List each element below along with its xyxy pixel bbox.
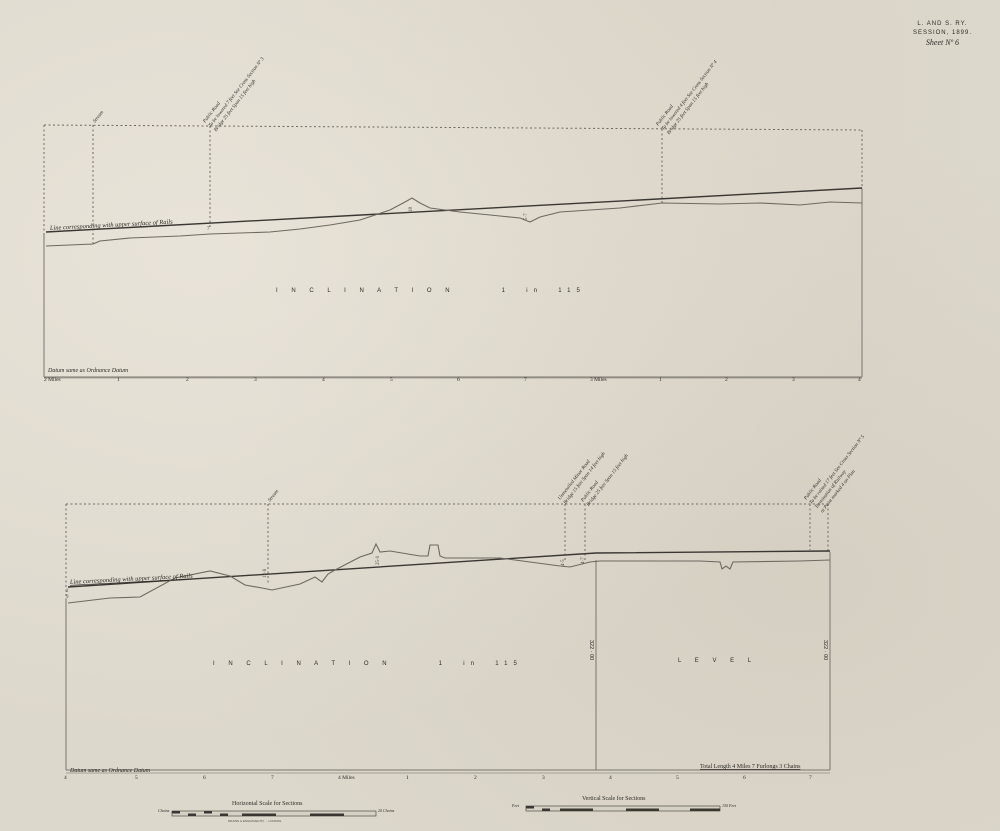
engraver-imprint: DRAWN & ENGRAVED BY ... LONDON	[228, 819, 281, 823]
vertical-scale-left-unit: Feet	[511, 803, 520, 808]
upper-section: · 7 18 5·7 Line corresponding with upper…	[44, 52, 862, 383]
upper-tick: 2 Miles	[44, 377, 61, 383]
sheet-number: Sheet Nº 6	[913, 38, 972, 47]
upper-inclination-label: I N C L I N A T I O N 1 in 115	[276, 288, 586, 294]
upper-rails-label: Line corresponding with upper surface of…	[49, 219, 174, 232]
lower-inclination-label: I N C L I N A T I O N 1 in 115	[213, 661, 523, 667]
svg-text:12·6: 12·6	[263, 568, 268, 578]
company-name: L. AND S. RY.	[913, 20, 972, 29]
upper-tick: 3	[792, 377, 795, 383]
lower-tick: 2	[474, 775, 477, 781]
lower-tick: 5	[676, 775, 679, 781]
upper-tick: 5	[390, 377, 393, 383]
svg-text:4·5: 4·5	[561, 559, 566, 566]
lower-tick: 1	[406, 775, 409, 781]
svg-text:Stream: Stream	[93, 110, 106, 124]
svg-text:7: 7	[207, 227, 210, 232]
lower-scale: 4 5 6 7 4 Miles 1 2 3 4 5 6 7	[64, 773, 830, 781]
upper-tick: 1	[117, 377, 120, 383]
lower-tick: 7	[271, 775, 274, 781]
annotation-road-2: Public Road To be lowered 4 feet See Cro…	[655, 55, 724, 136]
lower-tick: 6	[203, 775, 206, 781]
upper-tick: 4	[858, 377, 861, 383]
upper-tick: 1	[659, 377, 662, 383]
upper-datum-label: Datum same as Ordnance Datum	[47, 368, 129, 374]
height-label-right: 322 · 00	[822, 640, 828, 660]
lower-section: 2 9 12·6 25·0 4·5 4·7 Line corresponding…	[64, 430, 877, 781]
upper-tick: 4	[322, 377, 325, 383]
sheet-header: L. AND S. RY. SESSION, 1899. Sheet Nº 6	[913, 20, 972, 47]
horizontal-scale-right-unit: 20 Chains	[378, 808, 395, 813]
railway-section-drawing: · 7 18 5·7 Line corresponding with upper…	[0, 0, 1000, 831]
session-label: SESSION, 1899.	[913, 29, 972, 38]
svg-text:To be lowered 4 feet See Cross: To be lowered 4 feet See Cross Section N…	[660, 59, 719, 132]
upper-scale: 2 Miles 1 2 3 4 5 6 7 3 Miles 1 2 3 4	[44, 377, 862, 383]
horizontal-scale: Horizontal Scale for Sections Chains 20 …	[158, 800, 395, 823]
vertical-scale: Vertical Scale for Sections Feet 150 Fee…	[511, 795, 737, 811]
lower-tick: 6	[743, 775, 746, 781]
lower-rails-label: Line corresponding with upper surface of…	[69, 573, 194, 586]
svg-text:To be lowered 7 feet See Cros: To be lowered 7 feet See Cross Section N…	[207, 56, 266, 129]
upper-tick: 7	[524, 377, 527, 383]
height-label-left: 322 · 00	[588, 640, 594, 660]
upper-tick: 3 Miles	[590, 377, 607, 383]
svg-text:2: 2	[66, 589, 69, 594]
svg-text:4·7: 4·7	[581, 557, 586, 564]
lower-tick: 3	[542, 775, 545, 781]
vertical-scale-title: Vertical Scale for Sections	[582, 795, 646, 802]
svg-text:18: 18	[409, 207, 414, 213]
svg-text:5·7: 5·7	[524, 213, 529, 220]
annotation-stream-2: Stream	[268, 489, 281, 503]
upper-dotted-frame	[44, 125, 862, 245]
lower-tick: 7	[809, 775, 812, 781]
lower-tick: 4 Miles	[338, 775, 355, 781]
upper-tick: 6	[457, 377, 460, 383]
upper-tick: 2	[725, 377, 728, 383]
annotation-stream-1: Stream	[93, 110, 106, 124]
lower-tick: 4	[609, 775, 612, 781]
svg-text:Stream: Stream	[268, 489, 281, 503]
annotation-road-1: Public Road To be lowered 7 feet See Cro…	[202, 52, 271, 133]
horizontal-scale-left-unit: Chains	[158, 808, 170, 813]
annotation-road-5: Public Road To be raised 17 feet See Cro…	[803, 430, 877, 515]
lower-tick: 4	[64, 775, 67, 781]
upper-tick: 2	[186, 377, 189, 383]
svg-text:Bridge 25 feet Span 15 feet hi: Bridge 25 feet Span 15 feet high	[586, 453, 630, 507]
lower-tick: 5	[135, 775, 138, 781]
upper-tick: 3	[254, 377, 257, 383]
lower-level-label: L E V E L	[678, 658, 757, 664]
lower-rails-line	[68, 551, 830, 587]
horizontal-scale-title: Horizontal Scale for Sections	[232, 800, 303, 807]
total-length-label: Total Length 4 Miles 7 Furlongs 3 Chains	[700, 764, 801, 770]
vertical-scale-right-unit: 150 Feet	[722, 803, 737, 808]
svg-text:25·0: 25·0	[376, 555, 381, 565]
svg-text:9: 9	[66, 595, 69, 600]
